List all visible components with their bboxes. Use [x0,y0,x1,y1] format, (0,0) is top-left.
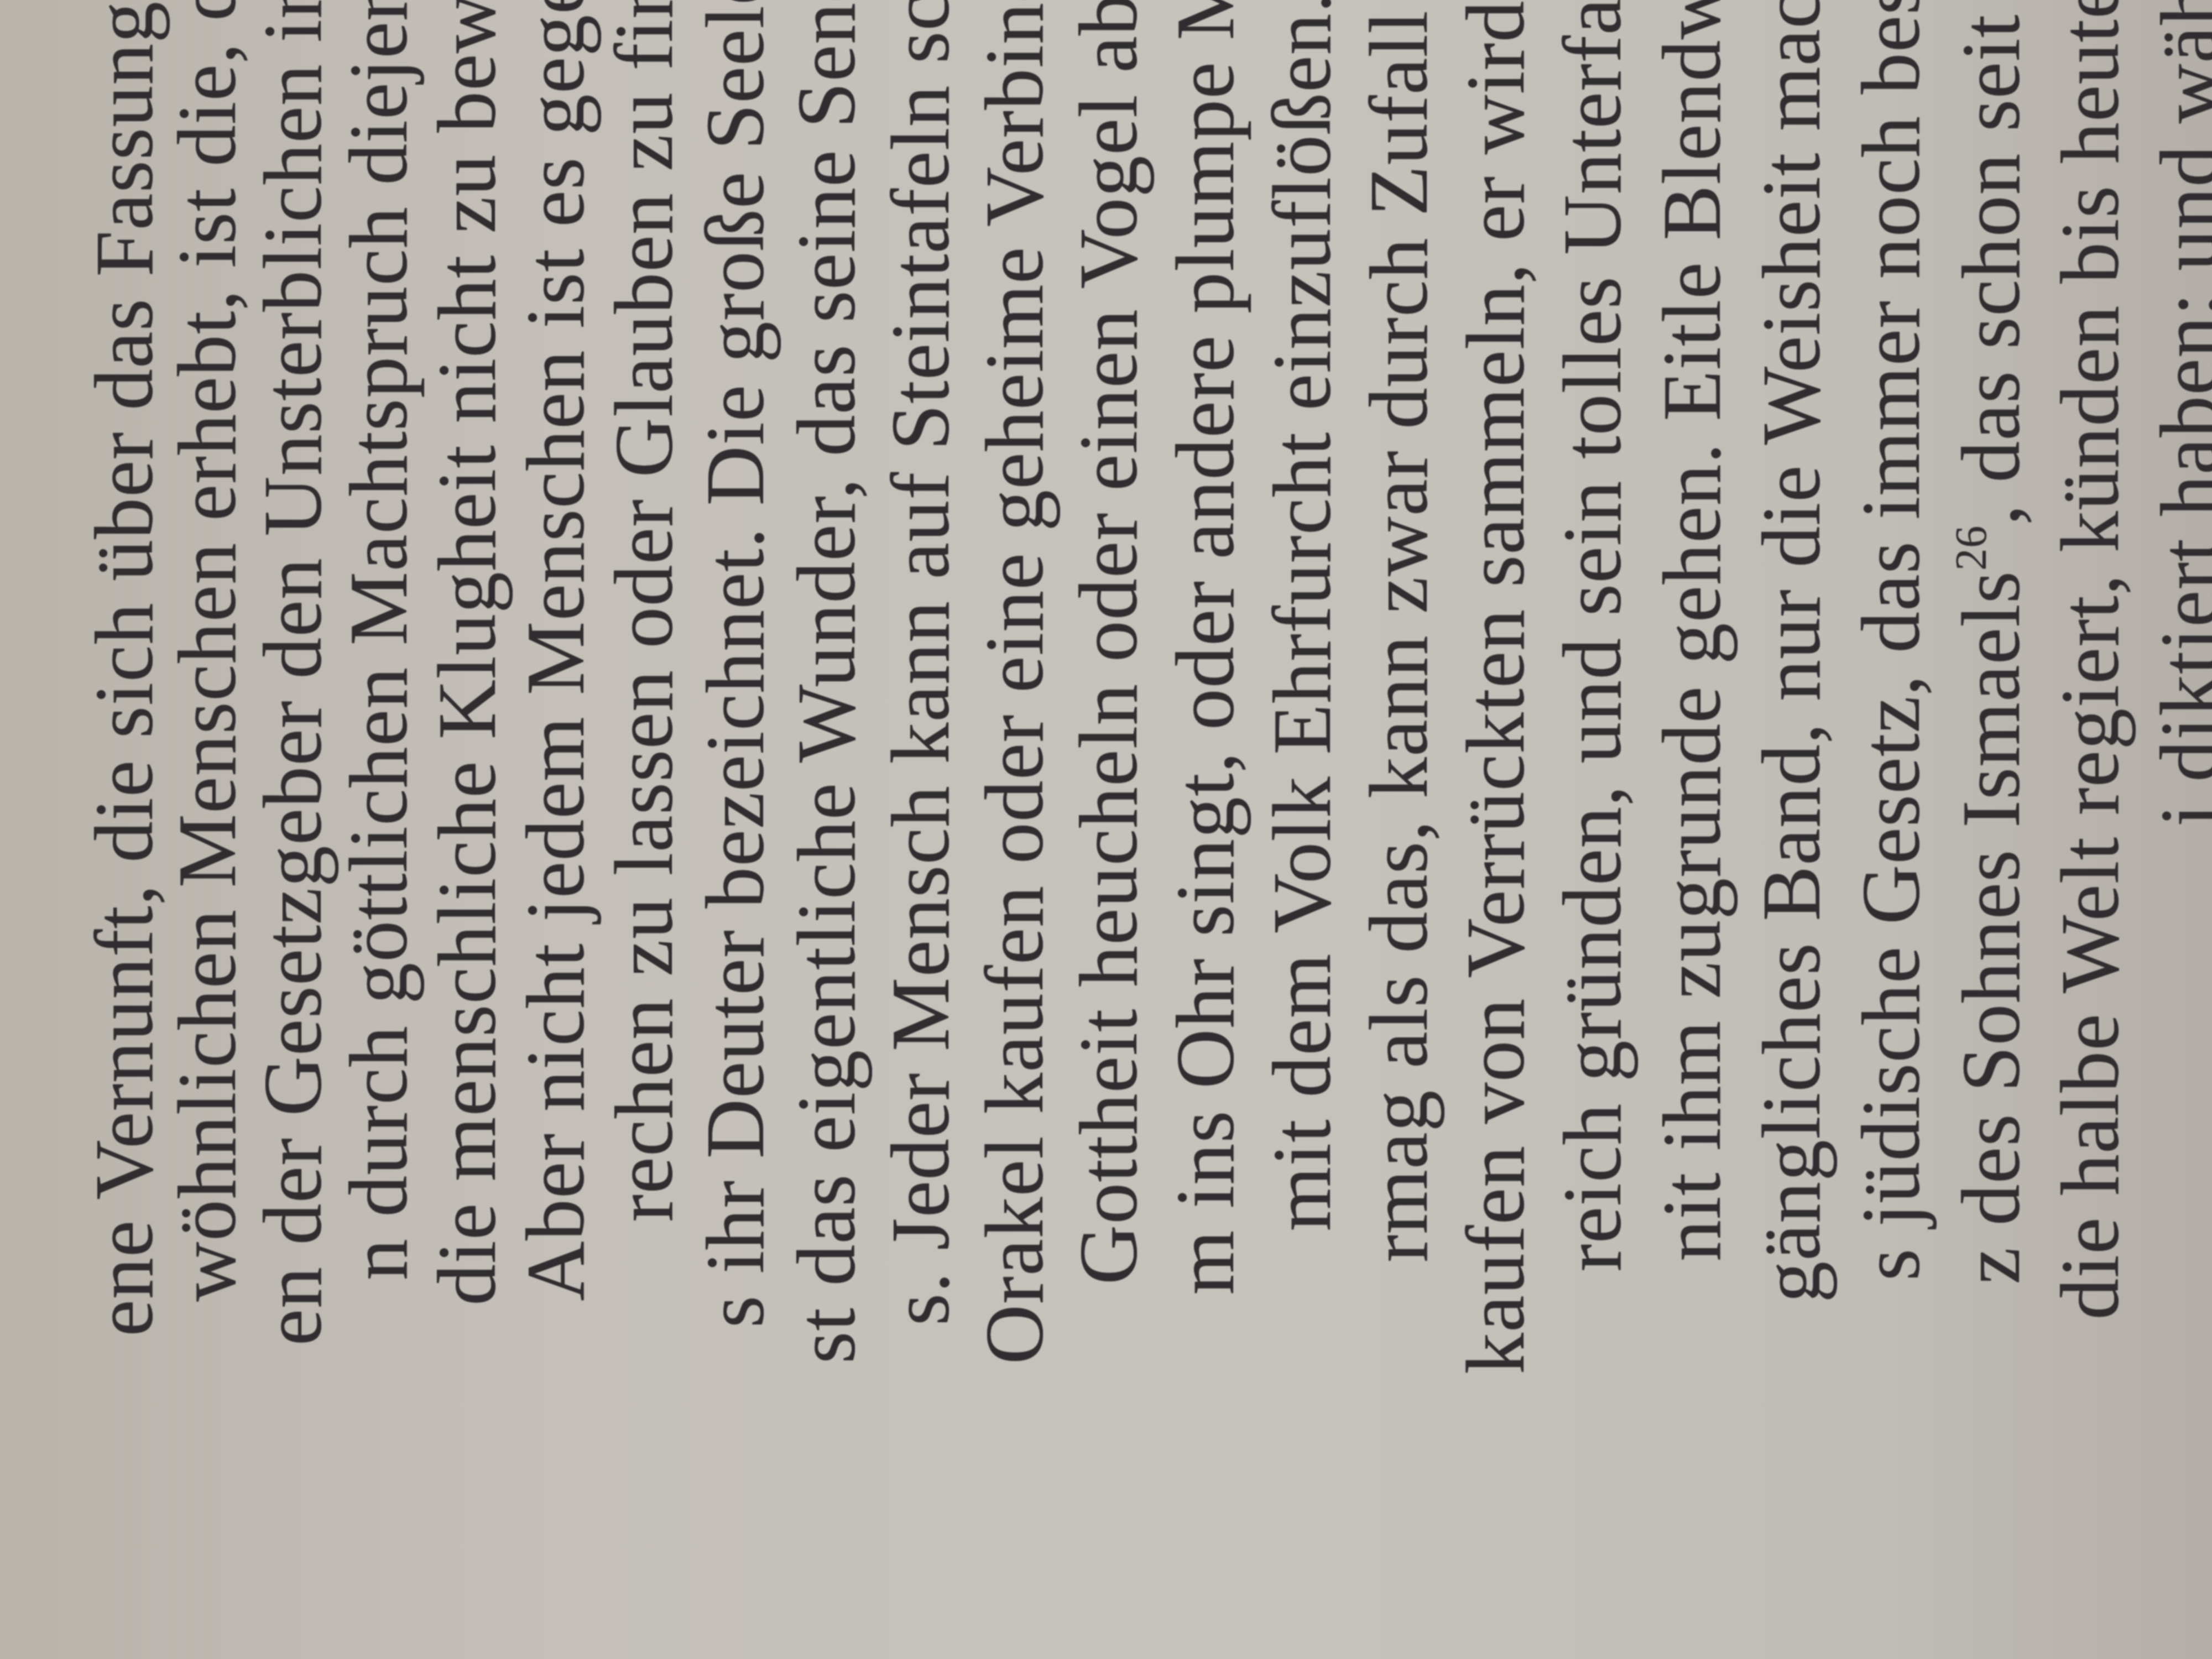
footnote-marker: 26 [1947,525,1996,571]
text-line-22: die halbe Welt regiert, künden bis heute… [2049,0,2132,1320]
text-line-8: s ihr Deuter bezeichnet. Die große Seele… [694,0,777,1328]
text-line-20: s jüdische Gesetz, das immer noch besteh… [1850,0,1933,1281]
text-line-7: rechen zu lassen oder Glauben zu finden, [603,0,686,1222]
text-line-16: kaufen von Verrückten sammeln, er wird a… [1454,0,1537,1374]
text-line-15: rmag als das, kann zwar durch Zufall vie… [1358,0,1441,1262]
text-line-14: mit dem Volk Ehrfurcht einzuflößen. Wer [1261,0,1344,1231]
text-line-23: i diktiert haben; und während [2148,0,2212,827]
text-line-17: reich gründen, und sein tolles Unterfang… [1551,0,1634,1272]
text-line-4: n durch göttlichen Machtspruch diejenige… [337,0,420,1280]
text-line-3: en der Gesetzgeber den Unsterblichen in … [252,0,335,1346]
text-line-19: gängliches Band, nur die Weisheit macht … [1750,0,1833,1303]
text-line-18: nit ihm zugrunde gehen. Eitle Blendwerke [1651,0,1734,1261]
text-line-1: ene Vernunft, die sich über das Fassungs… [83,0,166,1337]
text-line-11: Orakel kaufen oder eine geheime Verbindu… [973,0,1056,1364]
text-line-2: wöhnlichen Menschen erhebt, ist die, der… [166,0,249,1302]
rotated-text-page: ene Vernunft, die sich über das Fassungs… [0,0,2212,1659]
text-line-13: m ins Ohr singt, oder andere plumpe Mitt… [1164,0,1247,1295]
text-line-21-end: , das schon seit zehn [1945,0,2037,525]
text-line-6: Aber nicht jedem Menschen ist es gegeben… [514,0,597,1301]
book-page-photo: ene Vernunft, die sich über das Fassungs… [0,0,2212,1659]
text-line-10: s. Jeder Mensch kann auf Steintafeln sch… [879,0,962,1326]
text-line-21: z des Sohnes Ismaels26, das schon seit z… [1949,0,2033,1284]
text-line-12: Gottheit heucheln oder einen Vogel abric… [1067,0,1150,1285]
text-line-5: die menschliche Klugheit nicht zu bewege… [426,0,509,1306]
text-line-21-start: z des Sohnes Ismaels [1945,571,2037,1285]
text-line-9: st das eigentliche Wunder, das seine Sen… [785,0,868,1364]
